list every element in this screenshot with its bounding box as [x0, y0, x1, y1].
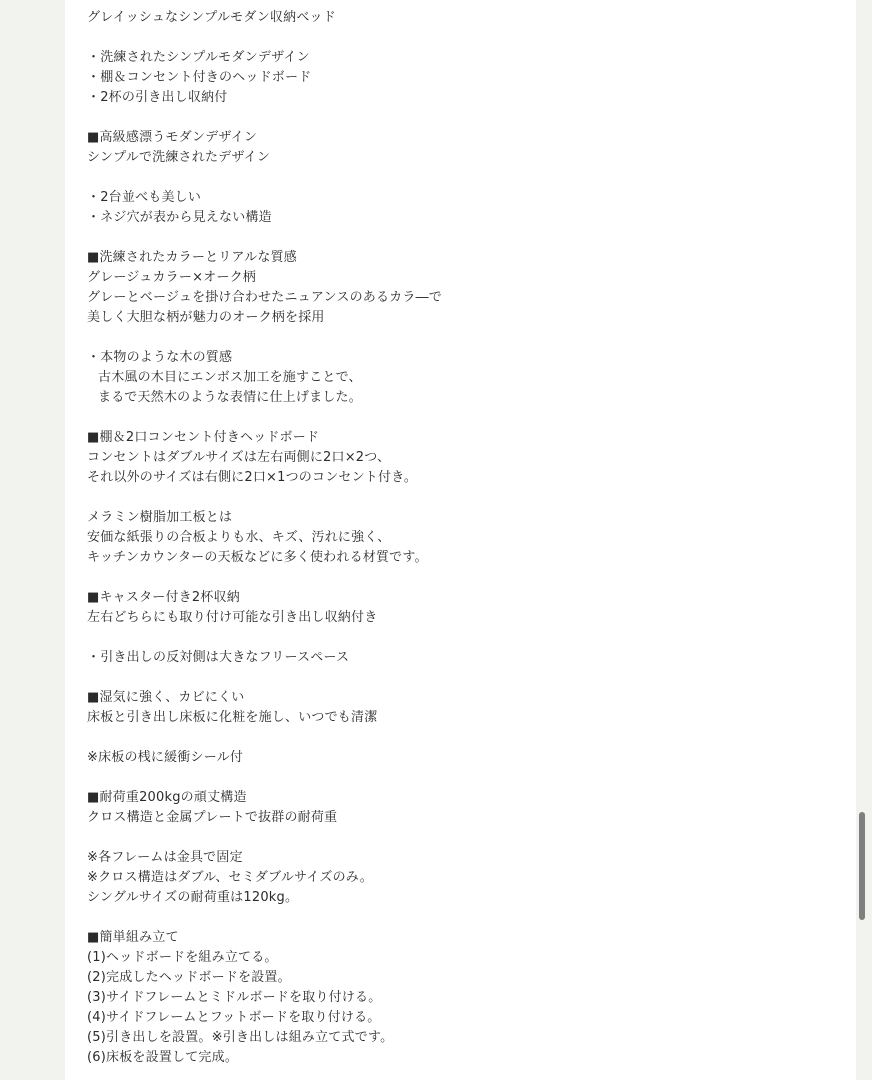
description-line: ・2台並べも美しい: [87, 188, 847, 208]
description-line: グレーとベージュを掛け合わせたニュアンスのあるカラ―で: [87, 288, 847, 308]
blank-line: [87, 108, 847, 128]
blank-line: [87, 168, 847, 188]
description-line: 美しく大胆な柄が魅力のオーク柄を採用: [87, 308, 847, 328]
description-line: コンセントはダブルサイズは左右両側に2口×2つ、: [87, 448, 847, 468]
description-line: クロス構造と金属プレートで抜群の耐荷重: [87, 808, 847, 828]
scrollbar-thumb[interactable]: [859, 812, 865, 920]
blank-line: [87, 28, 847, 48]
description-line: ※床板の桟に緩衝シール付: [87, 748, 847, 768]
page: グレイッシュなシンプルモダン収納ベッド・洗練されたシンプルモダンデザイン・棚＆コ…: [0, 0, 872, 1080]
description-line: (3)サイドフレームとミドルボードを取り付ける。: [87, 988, 847, 1008]
description-line: (4)サイドフレームとフットボードを取り付ける。: [87, 1008, 847, 1028]
blank-line: [87, 228, 847, 248]
blank-line: [87, 908, 847, 928]
description-line: シンプルで洗練されたデザイン: [87, 148, 847, 168]
description-line: (2)完成したヘッドボードを設置。: [87, 968, 847, 988]
description-line: それ以外のサイズは右側に2口×1つのコンセント付き。: [87, 468, 847, 488]
description-line: まるで天然木のような表情に仕上げました。: [87, 388, 847, 408]
product-description-panel: グレイッシュなシンプルモダン収納ベッド・洗練されたシンプルモダンデザイン・棚＆コ…: [65, 0, 856, 1080]
description-line: グレイッシュなシンプルモダン収納ベッド: [87, 8, 847, 28]
section-heading: ■洗練されたカラーとリアルな質感: [87, 248, 847, 268]
section-heading: ■湿気に強く、カビにくい: [87, 688, 847, 708]
description-line: ・ネジ穴が表から見えない構造: [87, 208, 847, 228]
product-description-text: グレイッシュなシンプルモダン収納ベッド・洗練されたシンプルモダンデザイン・棚＆コ…: [87, 8, 847, 1068]
description-line: 古木風の木目にエンボス加工を施すことで、: [87, 368, 847, 388]
description-line: ・本物のような木の質感: [87, 348, 847, 368]
description-line: メラミン樹脂加工板とは: [87, 508, 847, 528]
blank-line: [87, 628, 847, 648]
section-heading: ■高級感漂うモダンデザイン: [87, 128, 847, 148]
blank-line: [87, 728, 847, 748]
description-line: ・洗練されたシンプルモダンデザイン: [87, 48, 847, 68]
blank-line: [87, 328, 847, 348]
description-line: 安価な紙張りの合板よりも水、キズ、汚れに強く、: [87, 528, 847, 548]
blank-line: [87, 568, 847, 588]
section-heading: ■簡単組み立て: [87, 928, 847, 948]
blank-line: [87, 768, 847, 788]
section-heading: ■キャスター付き2杯収納: [87, 588, 847, 608]
description-line: (6)床板を設置して完成。: [87, 1048, 847, 1068]
description-line: ・引き出しの反対側は大きなフリースペース: [87, 648, 847, 668]
blank-line: [87, 828, 847, 848]
description-line: グレージュカラー×オーク柄: [87, 268, 847, 288]
section-heading: ■棚＆2口コンセント付きヘッドボード: [87, 428, 847, 448]
description-line: 床板と引き出し床板に化粧を施し、いつでも清潔: [87, 708, 847, 728]
blank-line: [87, 668, 847, 688]
description-line: (5)引き出しを設置。※引き出しは組み立て式です。: [87, 1028, 847, 1048]
description-line: ※各フレームは金具で固定: [87, 848, 847, 868]
description-line: 左右どちらにも取り付け可能な引き出し収納付き: [87, 608, 847, 628]
blank-line: [87, 488, 847, 508]
description-line: シングルサイズの耐荷重は120kg。: [87, 888, 847, 908]
blank-line: [87, 408, 847, 428]
section-heading: ■耐荷重200kgの頑丈構造: [87, 788, 847, 808]
description-line: (1)ヘッドボードを組み立てる。: [87, 948, 847, 968]
description-line: ・棚＆コンセント付きのヘッドボード: [87, 68, 847, 88]
description-line: キッチンカウンターの天板などに多く使われる材質です。: [87, 548, 847, 568]
description-line: ※クロス構造はダブル、セミダブルサイズのみ。: [87, 868, 847, 888]
description-line: ・2杯の引き出し収納付: [87, 88, 847, 108]
